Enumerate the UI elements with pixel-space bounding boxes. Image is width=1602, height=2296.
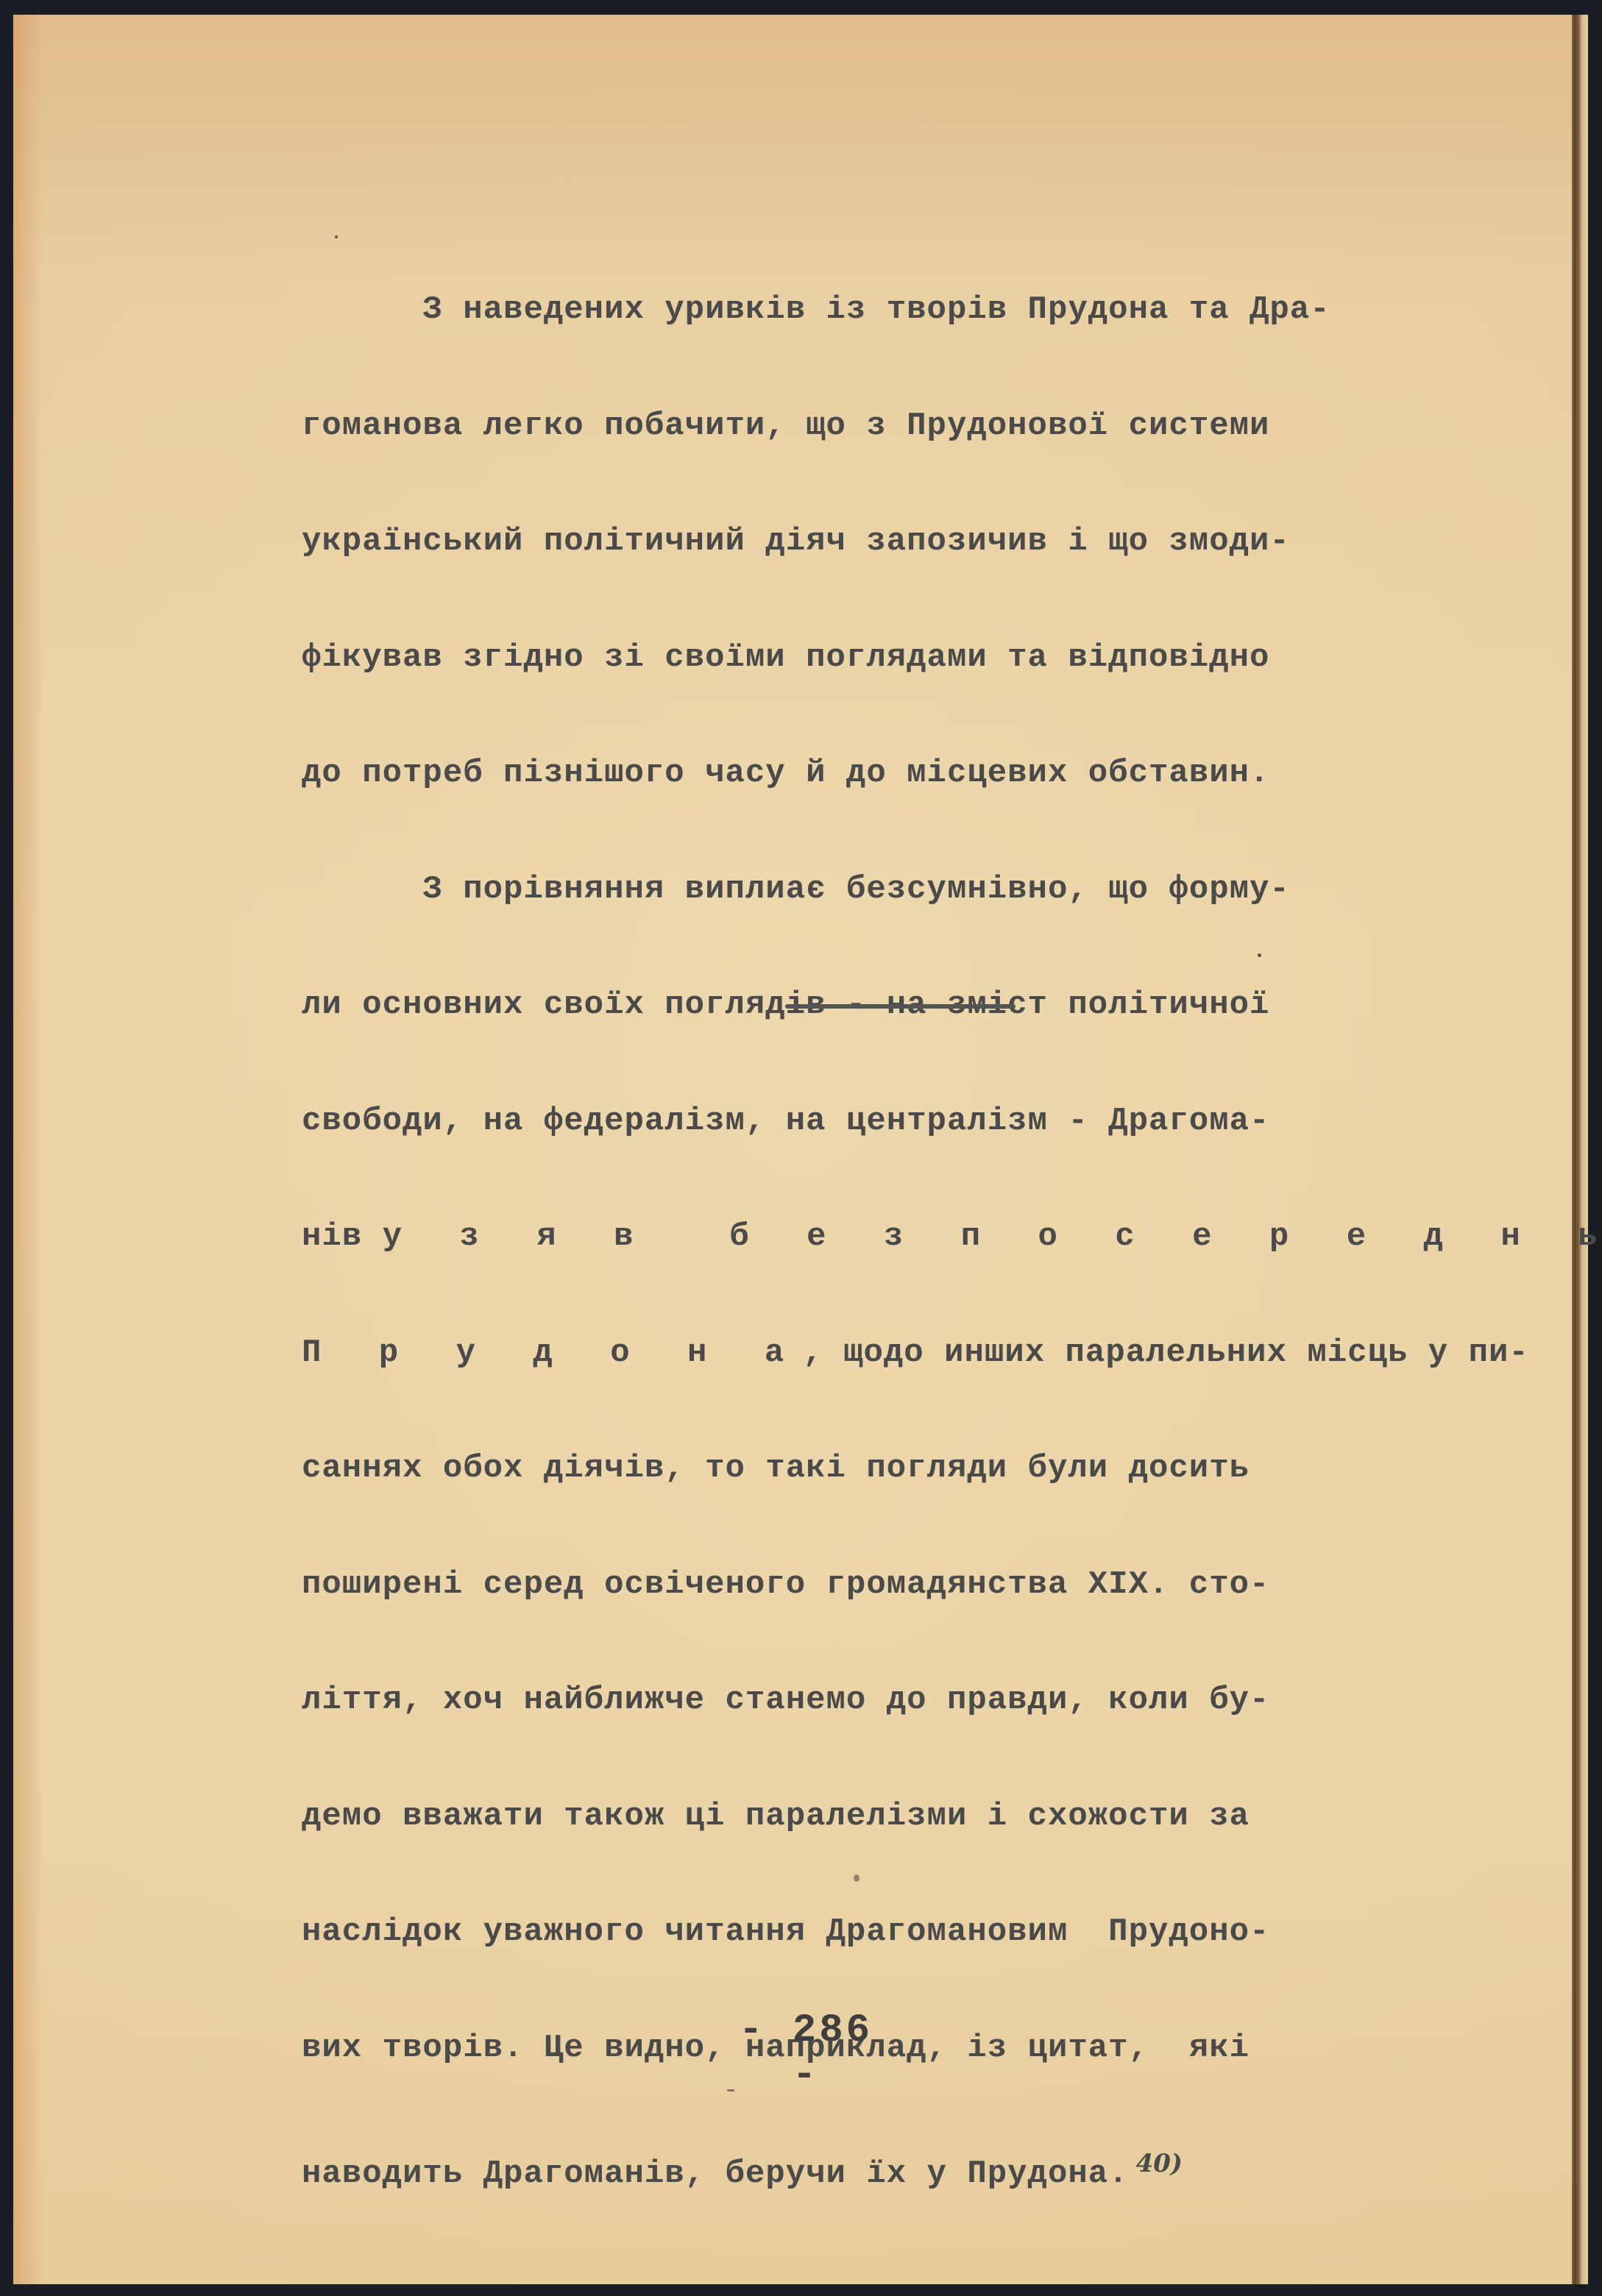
- text-line: демо вважати також ці паралелізми і схож…: [302, 1797, 1516, 1836]
- spine-shadow-line: [1572, 15, 1576, 2284]
- scanned-page-view: З наведених уривків із творів Прудона та…: [0, 0, 1602, 2296]
- text-line: вих творів. Це видно, наприклад, із цита…: [302, 2029, 1516, 2068]
- text-line: фікував згідно зі своїми поглядами та ві…: [302, 639, 1516, 678]
- paper-speck: [727, 2089, 734, 2091]
- text-line: гоманова легко побачити, що з Прудонової…: [302, 407, 1516, 446]
- text-fragment: нів: [302, 1218, 383, 1255]
- text-line: саннях обох діячів, то такі погляди були…: [302, 1449, 1516, 1488]
- text-line: З наведених уривків із творів Прудона та…: [302, 291, 1516, 330]
- text-line: поширені серед освіченого громадянства X…: [302, 1565, 1516, 1604]
- text-line-last: наводить Драгоманів, беручи їх у Прудона…: [302, 2144, 1516, 2183]
- text-line: наслідок уважного читання Драгомановим П…: [302, 1913, 1516, 1952]
- paper-speck: [787, 1583, 790, 1586]
- section-divider-rule: [785, 1004, 1016, 1009]
- footnote-reference: 40): [1136, 2149, 1183, 2178]
- text-fragment: наводить Драгоманів, беручи їх у Прудона…: [302, 2155, 1129, 2192]
- text-line: до потреб пізнішого часу й до місцевих о…: [302, 754, 1516, 793]
- text-line: український політичний діяч запозичив і …: [302, 522, 1516, 561]
- text-line-emphasis: нів у з я в б е з п о с е р е д н ь оу: [302, 1218, 1516, 1257]
- paper-speck: [854, 1874, 860, 1882]
- text-line: свободи, на федералізм, на централізм - …: [302, 1102, 1516, 1141]
- paper-speck: [335, 235, 338, 238]
- emphasis-spaced-text: у з я в б е з п о с е р е д н ь о: [383, 1218, 1602, 1255]
- text-fragment: , щодо инших паралельних місць у пи-: [803, 1334, 1529, 1371]
- typewritten-body: З наведених уривків із творів Прудона та…: [302, 213, 1516, 2261]
- emphasis-spaced-text: П р у д о н а: [302, 1334, 803, 1371]
- page-shadow: [13, 15, 43, 2284]
- text-line: ліття, хоч найближче станемо до правди, …: [302, 1681, 1516, 1720]
- text-line: З порівняння виплиає безсумнівно, що фор…: [302, 870, 1516, 909]
- page-number: - 286 -: [717, 2008, 894, 2098]
- text-line-emphasis: П р у д о н а, щодо инших паралельних мі…: [302, 1334, 1516, 1373]
- paper-speck: [1258, 953, 1261, 957]
